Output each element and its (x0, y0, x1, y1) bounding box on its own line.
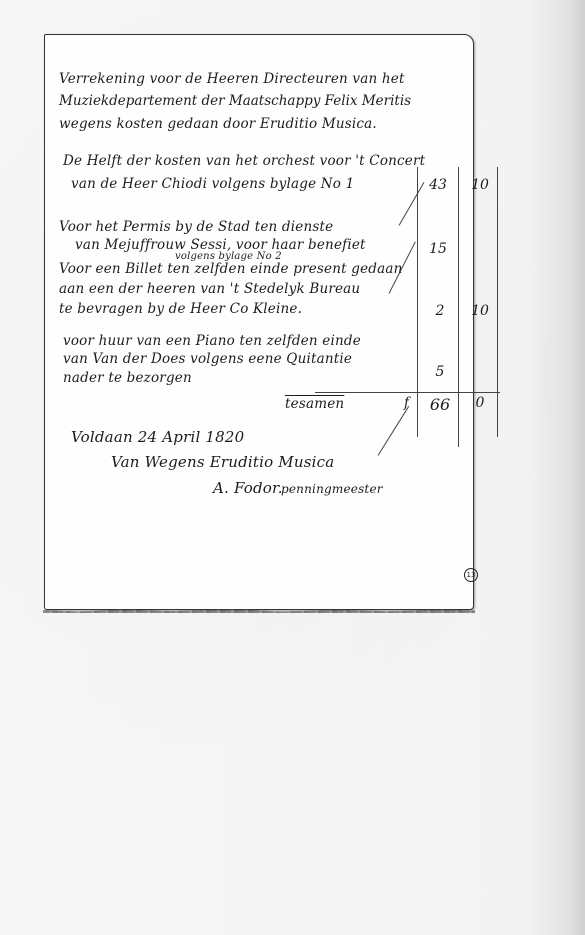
page-number-stamp: 13 (464, 568, 478, 582)
entry-stivers: 10 (465, 303, 495, 319)
total-stivers: 0 (465, 395, 495, 411)
signature-title: penningmeester (281, 482, 383, 496)
entry-guilders: 2 (425, 303, 455, 319)
entry-guilders: 43 (423, 177, 453, 193)
total-guilders: 66 (425, 395, 455, 414)
stivers-column-right-rule (497, 167, 498, 437)
check-mark (399, 182, 425, 226)
entry-text-line: van de Heer Chiodi volgens bylage No 1 (71, 176, 354, 192)
manuscript-page: Verrekening voor de Heeren Directeuren v… (44, 34, 474, 610)
entry-guilders: 5 (425, 364, 455, 380)
signature: A. Fodor. (213, 479, 283, 497)
heading-line-3: wegens kosten gedaan door Eruditio Music… (59, 116, 377, 132)
heading-line-1: Verrekening voor de Heeren Directeuren v… (59, 71, 405, 87)
guilders-column-left-rule (417, 167, 418, 437)
stivers-column-left-rule (458, 167, 459, 447)
total-label: tesamen (285, 396, 344, 412)
entry-text-line: nader te bezorgen (63, 370, 192, 386)
entry-text-line: aan een der heeren van 't Stedelyk Burea… (59, 281, 360, 297)
total-rule (315, 392, 500, 393)
paid-date-line: Voldaan 24 April 1820 (71, 428, 244, 446)
entry-guilders: 15 (423, 241, 453, 257)
entry-text-line: te bevragen by de Heer Co Kleine. (59, 301, 302, 317)
heading-line-2: Muziekdepartement der Maatschappy Felix … (59, 93, 411, 109)
entry-text-line: voor huur van een Piano ten zelfden eind… (63, 333, 361, 349)
entry-text-line: Voor een Billet ten zelfden einde presen… (59, 261, 403, 277)
on-behalf-line: Van Wegens Eruditio Musica (111, 453, 334, 471)
entry-text-line: Voor het Permis by de Stad ten dienste (59, 219, 333, 235)
check-mark (378, 406, 410, 456)
entry-stivers: 10 (465, 177, 495, 193)
entry-text-line: van Van der Does volgens eene Quitantie (63, 351, 352, 367)
entry-text-line: De Helft der kosten van het orchest voor… (63, 153, 425, 169)
